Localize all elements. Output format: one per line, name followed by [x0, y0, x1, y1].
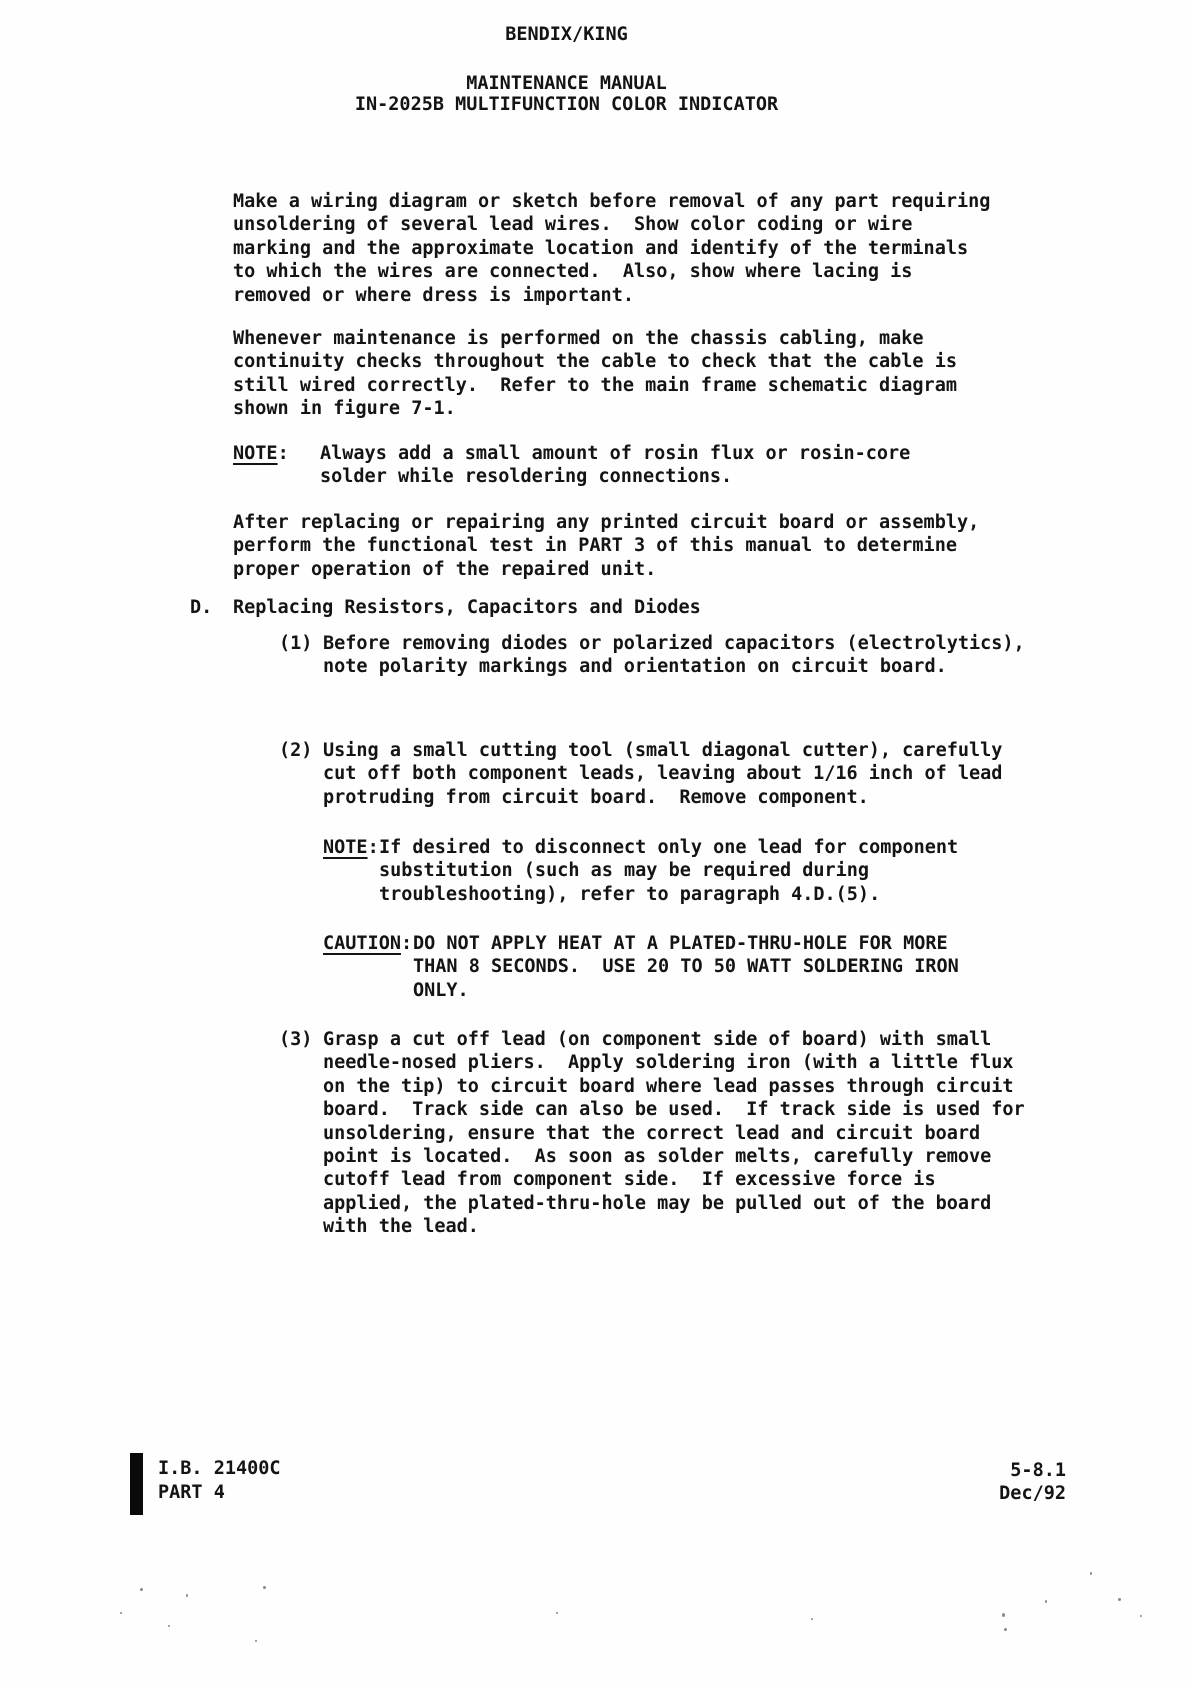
header-brand: BENDIX/KING [0, 23, 1133, 46]
paragraph-wiring-diagram: Make a wiring diagram or sketch before r… [233, 190, 990, 307]
scan-speckle [120, 1612, 122, 1614]
scan-speckle [556, 1612, 558, 1614]
caution-text-heat-limit: DO NOT APPLY HEAT AT A PLATED-THRU-HOLE … [413, 932, 959, 1002]
header-product-title: IN-2025B MULTIFUNCTION COLOR INDICATOR [0, 93, 1133, 116]
footer-part: PART 4 [158, 1481, 225, 1504]
scan-speckle [1140, 1615, 1142, 1617]
note-label: NOTE: [233, 442, 289, 465]
section-title: Replacing Resistors, Capacitors and Diod… [233, 596, 701, 619]
scan-speckle [168, 1625, 170, 1627]
section-letter: D. [190, 596, 212, 619]
list-item-text-polarity: Before removing diodes or polarized capa… [323, 632, 1025, 679]
scan-speckle [811, 1618, 813, 1620]
scan-speckle [255, 1640, 257, 1642]
scan-speckle [1090, 1572, 1092, 1575]
scan-speckle [263, 1586, 266, 1589]
list-item-text-grasp-lead: Grasp a cut off lead (on component side … [323, 1028, 1025, 1239]
paragraph-continuity-checks: Whenever maintenance is performed on the… [233, 327, 957, 421]
list-item-number: (2) [279, 739, 312, 762]
scan-speckle [1045, 1600, 1047, 1603]
manual-page: BENDIX/KING MAINTENANCE MANUAL IN-2025B … [0, 0, 1191, 1684]
scan-speckle [140, 1588, 143, 1591]
caution-label: CAUTION: [323, 932, 412, 955]
header-manual-title: MAINTENANCE MANUAL [0, 72, 1133, 95]
list-item-number: (3) [279, 1028, 312, 1051]
scan-speckle [186, 1594, 188, 1597]
note-word: NOTE [233, 443, 278, 464]
note-text-rosin-flux: Always add a small amount of rosin flux … [320, 442, 910, 489]
footer-date: Dec/92 [999, 1482, 1066, 1505]
list-item-number: (1) [279, 632, 312, 655]
revision-change-bar [130, 1453, 143, 1515]
footer-doc-number: I.B. 21400C [158, 1457, 281, 1480]
scan-speckle [1004, 1628, 1007, 1631]
note-colon: : [368, 837, 379, 858]
note-label: NOTE: [323, 836, 379, 859]
scan-speckle [1118, 1598, 1121, 1601]
list-item-text-cutting-tool: Using a small cutting tool (small diagon… [323, 739, 1002, 809]
footer-page-number: 5-8.1 [1010, 1459, 1066, 1482]
caution-colon: : [401, 933, 412, 954]
note-word: NOTE [323, 837, 368, 858]
paragraph-functional-test: After replacing or repairing any printed… [233, 511, 979, 581]
note-colon: : [278, 443, 289, 464]
caution-word: CAUTION [323, 933, 401, 954]
scan-speckle [1002, 1613, 1005, 1617]
note-text-one-lead: If desired to disconnect only one lead f… [379, 836, 958, 906]
